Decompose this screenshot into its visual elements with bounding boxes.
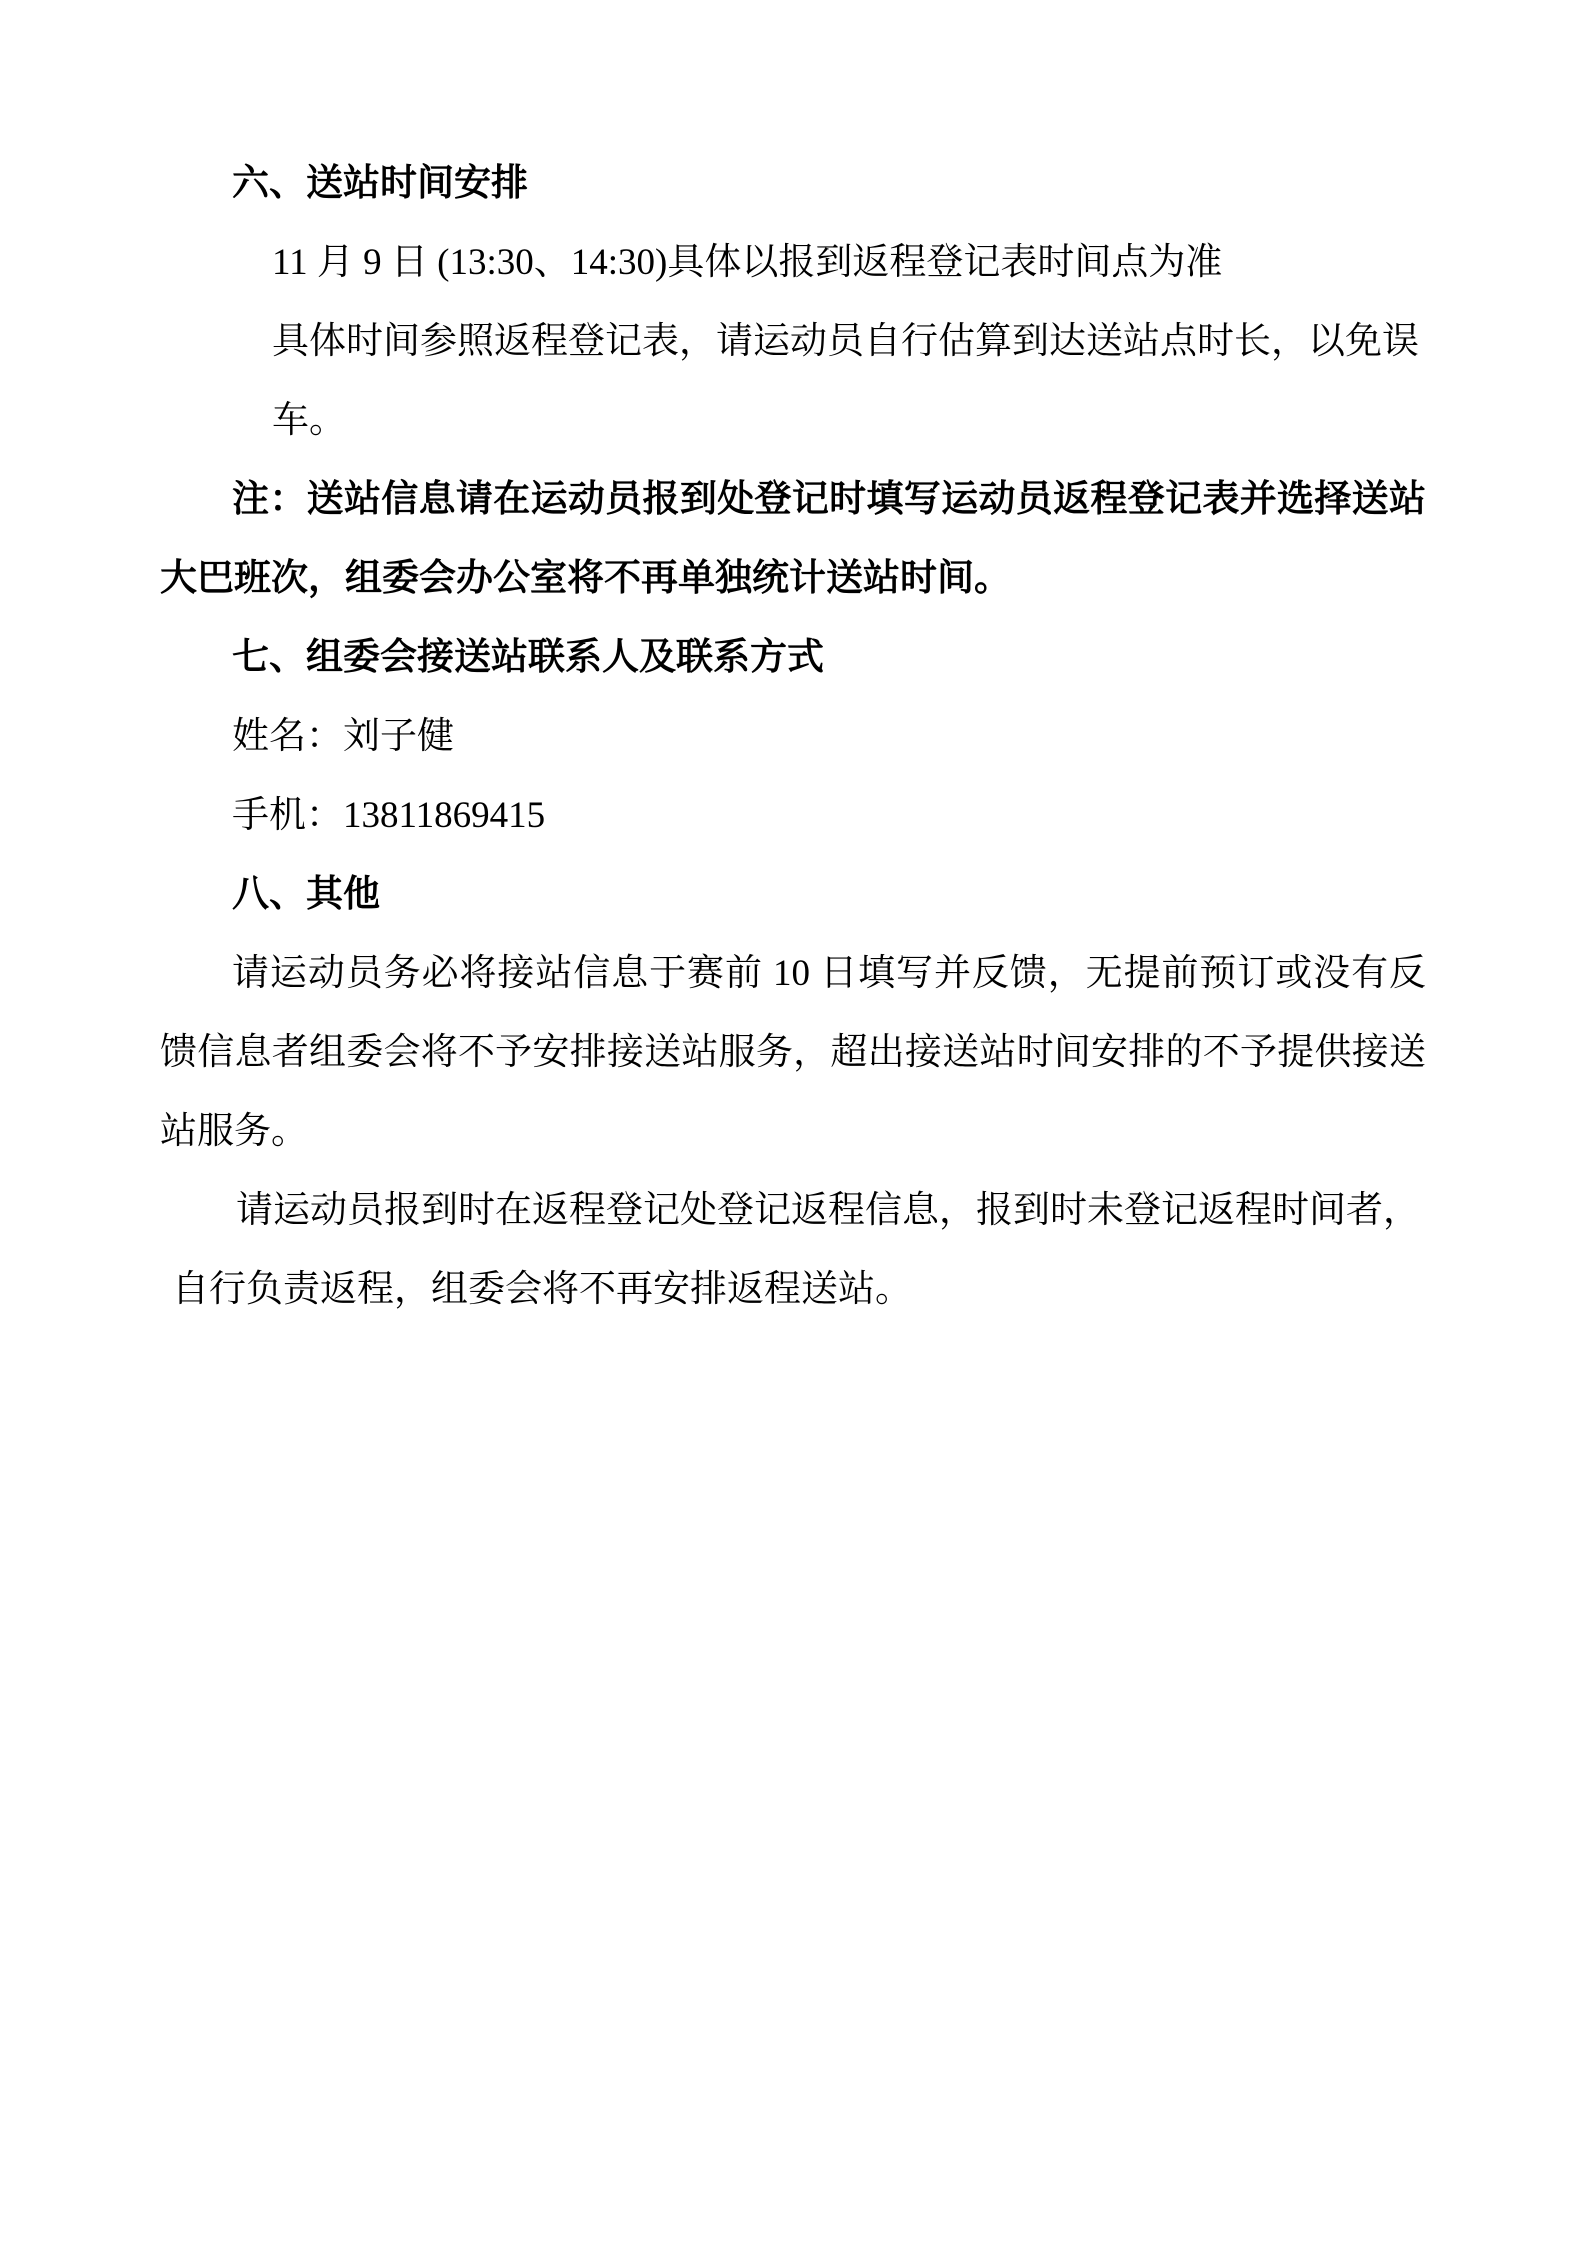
section-8-paragraph1-line-1: 请运动员务必将接站信息于赛前 10 日填写并反馈，无提前预订或没有反	[160, 934, 1426, 1013]
section-6-heading: 六、送站时间安排	[160, 144, 1426, 223]
document-page: 六、送站时间安排 11 月 9 日 (13:30、14:30)具体以报到返程登记…	[0, 0, 1587, 2245]
section-8-paragraph2-line-1: 请运动员报到时在返程登记处登记返程信息，报到时未登记返程时间者，	[160, 1171, 1426, 1250]
section-8-paragraph2-line-2: 自行负责返程，组委会将不再安排返程送站。	[160, 1250, 1426, 1329]
section-7-heading: 七、组委会接送站联系人及联系方式	[160, 618, 1426, 697]
section-8-heading: 八、其他	[160, 855, 1426, 934]
section-8-paragraph1-line-2: 馈信息者组委会将不予安排接送站服务，超出接送站时间安排的不予提供接送	[160, 1013, 1426, 1092]
section-8-paragraph1-line-3: 站服务。	[160, 1092, 1426, 1171]
document-content: 六、送站时间安排 11 月 9 日 (13:30、14:30)具体以报到返程登记…	[160, 144, 1426, 1329]
section-6-note-line-2: 大巴班次，组委会办公室将不再单独统计送站时间。	[160, 539, 1426, 618]
contact-phone-line: 手机：13811869415	[160, 776, 1426, 855]
contact-name-line: 姓名：刘子健	[160, 697, 1426, 776]
section-6-paragraph-line-2: 具体时间参照返程登记表，请运动员自行估算到达送站点时长，以免误车。	[160, 302, 1426, 460]
section-6-note-line-1: 注：送站信息请在运动员报到处登记时填写运动员返程登记表并选择送站	[160, 460, 1426, 539]
section-6-paragraph-line-1: 11 月 9 日 (13:30、14:30)具体以报到返程登记表时间点为准	[160, 223, 1426, 302]
